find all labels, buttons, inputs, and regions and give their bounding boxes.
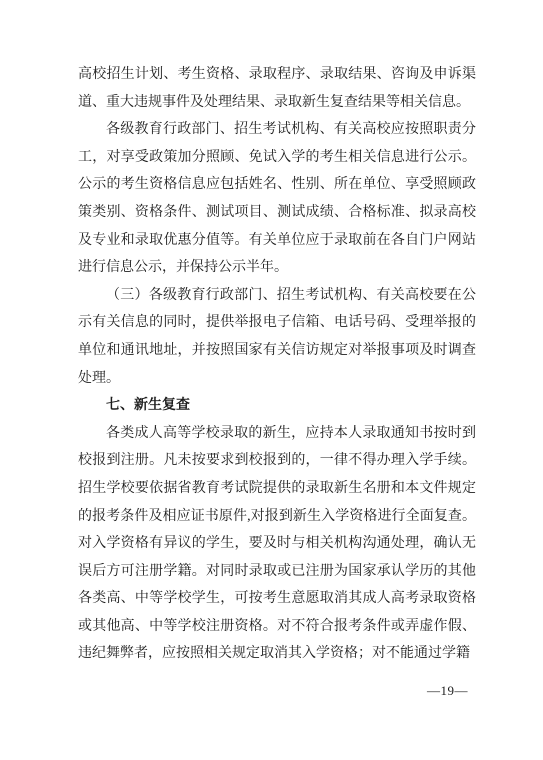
body-paragraph-reporting: （三）各级教育行政部门、招生考试机构、有关高校要在公示有关信息的同时，提供举报电… (78, 282, 476, 392)
body-paragraph-enrollment-check: 各类成人高等学校录取的新生，应持本人录取通知书按时到校报到注册。凡未按要求到校报… (78, 420, 476, 668)
page-number: —19— (427, 683, 468, 699)
scanned-document-page: 高校招生计划、考生资格、录取程序、录取结果、咨询及申诉渠道、重大违规事件及处理结… (0, 0, 543, 760)
continuation-paragraph: 高校招生计划、考生资格、录取程序、录取结果、咨询及申诉渠道、重大违规事件及处理结… (78, 61, 476, 116)
document-text-block: 高校招生计划、考生资格、录取程序、录取结果、咨询及申诉渠道、重大违规事件及处理结… (78, 61, 476, 668)
section-heading-freshman-recheck: 七、新生复查 (78, 392, 476, 420)
body-paragraph-publicity: 各级教育行政部门、招生考试机构、有关高校应按照职责分工，对享受政策加分照顾、免试… (78, 116, 476, 282)
